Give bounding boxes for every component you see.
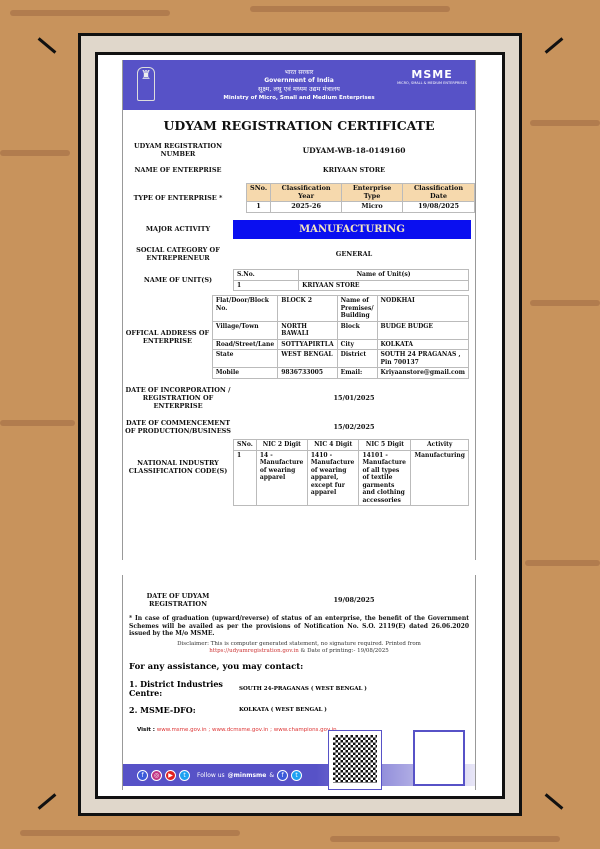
contact-dfo-value: KOLKATA ( WEST BENGAL ) (239, 707, 327, 713)
table-cell: 14 - Manufacture of wearing apparel (256, 450, 307, 506)
address-table: Flat/Door/Block No.BLOCK 2Name of Premis… (212, 295, 469, 379)
wood-grain (525, 560, 600, 566)
youtube-icon[interactable]: ▶ (165, 770, 176, 781)
table-row: Road/Street/LaneSOTTYAPIRTLACityKOLKATA (212, 339, 468, 350)
table-cell: NODKHAI (377, 296, 469, 322)
hindi-ministry-text: सूक्ष्म, लघु एवं मध्यम उद्यम मंत्रालय (258, 85, 340, 94)
table-cell: BUDGE BUDGE (377, 321, 469, 339)
follow-handle[interactable]: @minmsme (228, 772, 267, 779)
enterprise-name-value: KRIYAAN STORE (233, 166, 475, 174)
ministry-text: Ministry of Micro, Small and Medium Ente… (223, 94, 374, 102)
udyam-portal-link[interactable]: https://udyamregistration.gov.in (209, 648, 299, 654)
table-header: Classification Year (271, 184, 342, 202)
wood-grain (0, 420, 75, 426)
disclaimer: Disclaimer: This is computer generated s… (123, 641, 475, 656)
table-cell: 9836733005 (278, 368, 337, 379)
table-header: NIC 2 Digit (256, 440, 307, 451)
table-row: Mobile9836733005Email:Kriyaanstore@gmail… (212, 368, 468, 379)
registration-number-row: UDYAM REGISTRATION NUMBER UDYAM-WB-18-01… (123, 139, 475, 161)
table-cell: WEST BENGAL (278, 350, 337, 368)
table-header: NIC 4 Digit (307, 440, 359, 451)
table-cell: 1 (234, 280, 299, 291)
address-label: OFFICAL ADDRESS OF ENTERPRISE (123, 329, 212, 345)
incorporation-date-label: DATE OF INCORPORATION / REGISTRATION OF … (123, 386, 233, 410)
social-category-label: SOCIAL CATEGORY OF ENTREPRENEUR (123, 246, 233, 262)
corner-mark (545, 793, 564, 809)
table-header: SNo. (234, 440, 257, 451)
table-header: Name of Unit(s) (299, 270, 469, 281)
table-header: S.No. (234, 270, 299, 281)
contact-dic: 1. District Industries Centre: SOUTH 24-… (123, 680, 475, 698)
table-cell: City (337, 339, 377, 350)
type-of-enterprise-label: TYPE OF ENTERPRISE * (123, 194, 233, 202)
certificate-page-2: DATE OF UDYAM REGISTRATION 19/08/2025 * … (122, 575, 476, 790)
table-header: NIC 5 Digit (359, 440, 411, 451)
table-header: Enterprise Type (342, 184, 403, 202)
certificate-title: UDYAM REGISTRATION CERTIFICATE (123, 118, 475, 133)
table-cell: 14101 - Manufacture of all types of text… (359, 450, 411, 506)
table-cell: Road/Street/Lane (212, 339, 277, 350)
social-category-value: GENERAL (233, 250, 475, 258)
twitter-icon-2[interactable]: t (291, 770, 302, 781)
table-row: StateWEST BENGALDistrictSOUTH 24 PRAGANA… (212, 350, 468, 368)
udyam-date-value: 19/08/2025 (233, 596, 475, 604)
table-cell: 1 (247, 202, 271, 213)
table-cell: Manufacturing (411, 450, 469, 506)
table-cell: SOTTYAPIRTLA (278, 339, 337, 350)
table-cell: Mobile (212, 368, 277, 379)
units-table: S.No.Name of Unit(s)1KRIYAAN STORE (233, 269, 469, 291)
wood-grain (250, 6, 450, 12)
twitter-icon[interactable]: t (179, 770, 190, 781)
msme-logo-text: MSME (397, 69, 467, 81)
table-cell: State (212, 350, 277, 368)
wood-grain (330, 836, 560, 842)
major-activity-value: MANUFACTURING (233, 220, 471, 239)
udyam-date-label: DATE OF UDYAM REGISTRATION (123, 592, 233, 608)
contact-dic-value: SOUTH 24-PRAGANAS ( WEST BENGAL ) (239, 686, 367, 692)
table-row: 1KRIYAAN STORE (234, 280, 469, 291)
qr-code (328, 730, 382, 790)
social-category-row: SOCIAL CATEGORY OF ENTREPRENEUR GENERAL (123, 241, 475, 267)
wood-grain (530, 300, 600, 306)
wood-grain (530, 120, 600, 126)
table-header: Activity (411, 440, 469, 451)
assistance-heading: For any assistance, you may contact: (123, 662, 475, 672)
table-row: 12025-26Micro19/08/2025 (247, 202, 475, 213)
units-row: NAME OF UNIT(S) S.No.Name of Unit(s)1KRI… (123, 267, 475, 293)
table-cell: Kriyaanstore@gmail.com (377, 368, 469, 379)
address-row: OFFICAL ADDRESS OF ENTERPRISE Flat/Door/… (123, 293, 475, 381)
commencement-date-label: DATE OF COMMENCEMENT OF PRODUCTION/BUSIN… (123, 419, 233, 435)
table-cell: District (337, 350, 377, 368)
msme-logo-subtext: MICRO, SMALL & MEDIUM ENTERPRISES (397, 81, 467, 86)
wood-grain (0, 150, 70, 156)
follow-amp: & (269, 772, 274, 779)
registration-number-value: UDYAM-WB-18-0149160 (233, 146, 475, 155)
table-cell: BLOCK 2 (278, 296, 337, 322)
table-row: 114 - Manufacture of wearing apparel1410… (234, 450, 469, 506)
table-row: Flat/Door/Block No.BLOCK 2Name of Premis… (212, 296, 468, 322)
table-cell: Block (337, 321, 377, 339)
photo-placeholder (413, 730, 465, 786)
incorporation-date-row: DATE OF INCORPORATION / REGISTRATION OF … (123, 381, 475, 415)
table-cell: KRIYAAN STORE (299, 280, 469, 291)
table-header: Classification Date (403, 184, 475, 202)
table-cell: 1410 - Manufacture of wearing apparel, e… (307, 450, 359, 506)
table-cell: Email: (337, 368, 377, 379)
hindi-govt-text: भारत सरकार (285, 69, 314, 77)
enterprise-name-label: NAME OF ENTERPRISE (123, 166, 233, 174)
table-cell: 2025-26 (271, 202, 342, 213)
facebook-icon-2[interactable]: f (277, 770, 288, 781)
table-row: Village/TownNORTH BAWALIBlockBUDGE BUDGE (212, 321, 468, 339)
follow-text: Follow us (197, 772, 225, 779)
udyam-date-row: DATE OF UDYAM REGISTRATION 19/08/2025 (123, 585, 475, 615)
incorporation-date-value: 15/01/2025 (233, 394, 475, 402)
table-cell: Micro (342, 202, 403, 213)
type-of-enterprise-row: TYPE OF ENTERPRISE * SNo.Classification … (123, 179, 475, 217)
table-cell: 19/08/2025 (403, 202, 475, 213)
major-activity-row: MAJOR ACTIVITY MANUFACTURING (123, 217, 475, 241)
govt-banner: ♜ भारत सरकार Government of India सूक्ष्म… (123, 60, 475, 110)
major-activity-label: MAJOR ACTIVITY (123, 225, 233, 233)
commencement-date-value: 15/02/2025 (233, 423, 475, 431)
commencement-date-row: DATE OF COMMENCEMENT OF PRODUCTION/BUSIN… (123, 415, 475, 439)
registration-number-label: UDYAM REGISTRATION NUMBER (123, 142, 233, 158)
contact-dfo: 2. MSME-DFO: KOLKATA ( WEST BENGAL ) (123, 706, 475, 715)
table-cell: NORTH BAWALI (278, 321, 337, 339)
wood-grain (20, 830, 240, 836)
table-cell: SOUTH 24 PRAGANAS , Pin 700137 (377, 350, 469, 368)
table-header: SNo. (247, 184, 271, 202)
table-cell: Name of Premises/ Building (337, 296, 377, 322)
graduation-footnote: * In case of graduation (upward/reverse)… (123, 615, 475, 638)
table-cell: Flat/Door/Block No. (212, 296, 277, 322)
table-cell: 1 (234, 450, 257, 506)
govt-text: Government of India (264, 77, 334, 85)
corner-mark (38, 37, 57, 53)
nic-table: SNo.NIC 2 DigitNIC 4 DigitNIC 5 DigitAct… (233, 439, 469, 506)
national-emblem-icon: ♜ (137, 67, 155, 101)
facebook-icon[interactable]: f (137, 770, 148, 781)
nic-row: NATIONAL INDUSTRY CLASSIFICATION CODE(S)… (123, 439, 475, 501)
enterprise-name-row: NAME OF ENTERPRISE KRIYAAN STORE (123, 161, 475, 179)
table-cell: Village/Town (212, 321, 277, 339)
msme-logo: MSME MICRO, SMALL & MEDIUM ENTERPRISES (397, 69, 467, 86)
website-links[interactable]: www.msme.gov.in ; www.dcmsme.gov.in ; ww… (157, 727, 337, 733)
corner-mark (545, 37, 564, 53)
table-cell: KOLKATA (377, 339, 469, 350)
certificate-page-1: ♜ भारत सरकार Government of India सूक्ष्म… (122, 60, 476, 560)
units-label: NAME OF UNIT(S) (123, 276, 233, 284)
corner-mark (38, 793, 57, 809)
contact-dic-label: 1. District Industries Centre: (129, 680, 239, 698)
contact-dfo-label: 2. MSME-DFO: (129, 706, 239, 715)
wood-grain (10, 10, 170, 16)
type-of-enterprise-table: SNo.Classification YearEnterprise TypeCl… (246, 183, 475, 213)
instagram-icon[interactable]: ◎ (151, 770, 162, 781)
nic-label: NATIONAL INDUSTRY CLASSIFICATION CODE(S) (123, 459, 233, 475)
